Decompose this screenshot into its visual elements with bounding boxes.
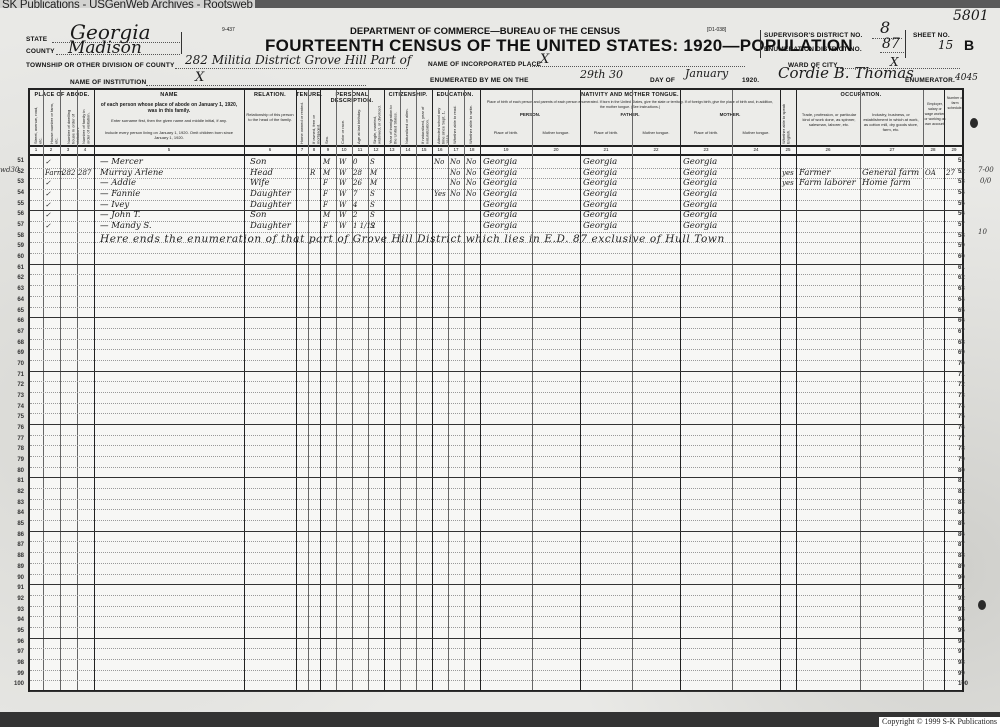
line-number-right: 76 [958, 425, 976, 431]
name-description-3: Include every person living on January 1… [100, 130, 238, 140]
table-row [30, 329, 962, 340]
person-place-of-birth: Place of birth. [480, 130, 532, 135]
table-row [30, 628, 962, 639]
subheader-citizenship: Naturalized or alien. [405, 102, 410, 144]
line-number-right: 73 [958, 393, 976, 399]
group-name: NAME [94, 92, 244, 98]
relation-description: Relationship of this person to the head … [246, 112, 294, 122]
line-number-left: 53 [6, 179, 24, 185]
line-number-left: 56 [6, 211, 24, 217]
table-row [30, 660, 962, 671]
cell-father-birth: Georgia [583, 200, 617, 210]
line-number-right: 58 [958, 233, 976, 239]
line-number-right: 84 [958, 510, 976, 516]
cell-read: No [450, 178, 460, 188]
cell-sex: F [323, 200, 328, 210]
line-number-left: 75 [6, 414, 24, 420]
ward-value: X [890, 55, 899, 69]
margin-note-left: wd30 [0, 166, 19, 174]
stamp-side: 4045 [955, 73, 978, 83]
line-number-right: 54 [958, 190, 976, 196]
table-row [30, 393, 962, 404]
group-nativity: NATIVITY AND MOTHER TONGUE. [480, 92, 780, 98]
cell-schedule: 27 [946, 168, 955, 178]
cell-birth: Georgia [483, 157, 517, 167]
line-number-right: 81 [958, 478, 976, 484]
cell-family: 287 [78, 168, 91, 178]
subheader-abode: Number of dwelling house in order of vis… [67, 102, 81, 144]
table-row [30, 318, 962, 329]
line-number-right: 52 [958, 169, 976, 175]
column-headers: PLACE OF ABODE. NAME of each person whos… [30, 90, 962, 147]
line-number-right: 80 [958, 468, 976, 474]
line-number-left: 74 [6, 404, 24, 410]
column-number: 21 [602, 147, 610, 152]
line-number-left: 54 [6, 190, 24, 196]
ward-label: WARD OF CITY [788, 62, 838, 69]
subheader-citizenship: If naturalized, year of naturalization. [421, 102, 430, 144]
line-number-left: 73 [6, 393, 24, 399]
cell-race: W [339, 168, 346, 178]
cell-street: Farm [45, 168, 64, 178]
cell-mother-birth: Georgia [683, 157, 717, 167]
ward-line [840, 68, 960, 69]
subheader-citizenship: Year of immigration to the United States… [389, 102, 398, 144]
cell-name: — Fannie [100, 189, 140, 199]
line-number-left: 64 [6, 297, 24, 303]
table-row [30, 265, 962, 276]
column-number: 24 [752, 147, 760, 152]
father-mother-tongue: Mother tongue. [632, 130, 680, 135]
binding-hole [970, 118, 978, 128]
table-row [30, 350, 962, 361]
cell-sex: M [323, 168, 330, 178]
column-number: 23 [702, 147, 710, 152]
line-number-left: 81 [6, 478, 24, 484]
cell-mother-birth: Georgia [683, 189, 717, 199]
line-number-right: 56 [958, 211, 976, 217]
line-number-left: 61 [6, 265, 24, 271]
table-row [30, 521, 962, 532]
column-number: 26 [824, 147, 832, 152]
column-number: 15 [420, 147, 428, 152]
incorporated-label: NAME OF INCORPORATED PLACE [428, 61, 541, 68]
cell-mother-birth: Georgia [683, 200, 717, 210]
sheet-value: 15 [938, 38, 953, 52]
stamp-top: 5801 [953, 8, 989, 24]
table-row [30, 446, 962, 457]
line-number-left: 51 [6, 158, 24, 164]
cell-birth: Georgia [483, 210, 517, 220]
cell-english: yes [782, 178, 794, 188]
cell-marital: S [370, 189, 375, 199]
cell-birth: Georgia [483, 189, 517, 199]
line-number-right: 83 [958, 500, 976, 506]
subheader-personal: Sex. [325, 102, 330, 144]
occupation-employer-header: Employer, salary or wage worker, or work… [924, 102, 946, 127]
column-number: 7 [298, 147, 306, 152]
table-row [30, 500, 962, 511]
cell-mother-birth: Georgia [683, 210, 717, 220]
column-number: 17 [452, 147, 460, 152]
subheader-education: Whether able to read. [453, 102, 458, 144]
column-number: 25 [784, 147, 792, 152]
table-row [30, 671, 962, 682]
cell-read: No [450, 189, 460, 199]
line-number-left: 66 [6, 318, 24, 324]
cell-marital: M [370, 178, 377, 188]
line-number-right: 85 [958, 521, 976, 527]
cell-marital: S [370, 210, 375, 220]
cell-birth: Georgia [483, 168, 517, 178]
table-row [30, 254, 962, 265]
column-number: 6 [266, 147, 274, 152]
line-number-left: 83 [6, 500, 24, 506]
column-number: 22 [652, 147, 660, 152]
line-number-left: 91 [6, 585, 24, 591]
cell-marital: M [370, 168, 377, 178]
county-value: Madison [68, 38, 142, 58]
enumeration-value: 87 [882, 36, 900, 52]
cell-industry: Home farm [862, 178, 911, 188]
cell-father-birth: Georgia [583, 168, 617, 178]
line-number-left: 90 [6, 575, 24, 581]
line-number-right: 78 [958, 446, 976, 452]
cell-school: No [434, 157, 444, 167]
cell-read: No [450, 168, 460, 178]
line-number-left: 96 [6, 639, 24, 645]
column-number: 2 [47, 147, 55, 152]
cell-age: 28 [353, 168, 362, 178]
line-number-left: 78 [6, 446, 24, 452]
cell-relation: Daughter [250, 200, 291, 210]
line-number-left: 100 [6, 681, 24, 687]
table-row [30, 510, 962, 521]
cell-street: ✓ [45, 178, 51, 188]
column-number: 10 [340, 147, 348, 152]
institution-value: X [195, 70, 204, 85]
year-label: 1920. [742, 77, 759, 84]
subheader-personal: Color or race. [341, 102, 346, 144]
form-number: 9-437 [222, 27, 235, 33]
sheet-letter: B [964, 37, 974, 53]
cell-birth: Georgia [483, 200, 517, 210]
line-number-left: 79 [6, 457, 24, 463]
line-number-right: 86 [958, 532, 976, 538]
line-number-right: 99 [958, 671, 976, 677]
table-row [30, 542, 962, 553]
cell-relation: Wife [250, 178, 269, 188]
column-numbers: 1234567891011121314151617181920212223242… [30, 147, 962, 156]
line-number-right: 88 [958, 553, 976, 559]
table-row [30, 585, 962, 596]
line-number-right: 90 [958, 575, 976, 581]
table-row [30, 681, 962, 692]
table-row [30, 275, 962, 286]
mother-mother-tongue: Mother tongue. [732, 130, 780, 135]
column-number: 12 [372, 147, 380, 152]
cell-name: — Mandy S. [100, 221, 152, 231]
line-number-right: 93 [958, 607, 976, 613]
column-number: 16 [436, 147, 444, 152]
cell-write: No [466, 157, 476, 167]
line-number-left: 93 [6, 607, 24, 613]
cell-father-birth: Georgia [583, 221, 617, 231]
table-row [30, 414, 962, 425]
line-number-right: 74 [958, 404, 976, 410]
subheader-education: Whether able to write. [469, 102, 474, 144]
cell-street: ✓ [45, 210, 51, 220]
table-row [30, 425, 962, 436]
census-page: SK Publications - USGenWeb Archives - Ro… [0, 0, 1000, 712]
cell-sex: F [323, 189, 328, 199]
township-label: TOWNSHIP OR OTHER DIVISION OF COUNTY [26, 62, 175, 69]
column-number: 19 [502, 147, 510, 152]
cell-relation: Daughter [250, 189, 291, 199]
cell-father-birth: Georgia [583, 178, 617, 188]
enumerated-day: 29th 30 [580, 68, 623, 81]
group-place-of-abode: PLACE OF ABODE. [30, 92, 94, 98]
column-number: 20 [552, 147, 560, 152]
line-number-left: 58 [6, 233, 24, 239]
english-header: Whether able to speak English. [782, 96, 791, 144]
cell-sex: F [323, 178, 328, 188]
cell-street: ✓ [45, 189, 51, 199]
column-number: 1 [32, 147, 40, 152]
mother-place-of-birth: Place of birth. [680, 130, 732, 135]
cell-read: No [450, 157, 460, 167]
binding-hole [978, 600, 986, 610]
cell-marital: S [370, 221, 375, 231]
name-description: of each person whose place of abode on J… [98, 102, 240, 114]
form-code: [D1-038] [707, 27, 726, 33]
table-row [30, 468, 962, 479]
line-number-left: 84 [6, 510, 24, 516]
subheader-abode: House number or farm, etc. [50, 102, 59, 144]
cell-race: W [339, 210, 346, 220]
bracket [181, 32, 182, 54]
cell-mother-birth: Georgia [683, 221, 717, 231]
line-number-left: 98 [6, 660, 24, 666]
table-row [30, 489, 962, 500]
line-number-right: 61 [958, 265, 976, 271]
county-label: COUNTY [26, 48, 55, 55]
table-row [30, 639, 962, 650]
table-row [30, 340, 962, 351]
column-number: 11 [356, 147, 364, 152]
line-number-right: 92 [958, 596, 976, 602]
cell-race: W [339, 189, 346, 199]
person-mother-tongue: Mother tongue. [532, 130, 580, 135]
line-number-right: 82 [958, 489, 976, 495]
cell-name: Murray Arlene [100, 168, 163, 178]
line-number-right: 97 [958, 649, 976, 655]
site-title: SK Publications - USGenWeb Archives - Ro… [0, 0, 255, 11]
table-row [30, 372, 962, 383]
cell-write: No [466, 178, 476, 188]
cell-english: yes [782, 168, 794, 178]
line-number-right: 75 [958, 414, 976, 420]
line-number-left: 62 [6, 275, 24, 281]
group-citizenship: CITIZENSHIP. [384, 92, 432, 98]
line-number-left: 85 [6, 521, 24, 527]
cell-employer: OA [925, 168, 936, 178]
cell-marital: S [370, 200, 375, 210]
enumerator-label: ENUMERATOR. [905, 77, 955, 84]
cell-sex: M [323, 210, 330, 220]
column-number: 13 [388, 147, 396, 152]
line-number-left: 95 [6, 628, 24, 634]
line-number-left: 76 [6, 425, 24, 431]
subheader-abode: Street, avenue, road, etc. [34, 102, 43, 144]
father-place-of-birth: Place of birth. [580, 130, 632, 135]
column-number: 29 [950, 147, 958, 152]
cell-mother-birth: Georgia [683, 178, 717, 188]
cell-age: 2 [353, 210, 357, 220]
cell-name: — Mercer [100, 157, 143, 167]
enumeration-label: ENUMERATION DISTRICT NO. [764, 46, 862, 53]
farm-schedule-header: Number of farm schedule. [946, 96, 964, 111]
incorporated-value: X [540, 52, 549, 67]
cell-school: Yes [434, 189, 446, 199]
cell-write: No [466, 189, 476, 199]
cell-sex: M [323, 157, 330, 167]
cell-relation: Son [250, 210, 266, 220]
day-of-label: DAY OF [650, 77, 675, 84]
line-number-right: 79 [958, 457, 976, 463]
margin-note-right-53: 0/0 [980, 177, 991, 185]
line-number-right: 70 [958, 361, 976, 367]
line-number-right: 64 [958, 297, 976, 303]
line-number-right: 94 [958, 617, 976, 623]
line-number-right: 62 [958, 275, 976, 281]
table-row [30, 553, 962, 564]
line-number-left: 77 [6, 436, 24, 442]
cell-trade: Farm laborer [799, 178, 856, 188]
line-number-left: 86 [6, 532, 24, 538]
line-number-right: 51 [958, 158, 976, 164]
cell-relation: Daughter [250, 221, 291, 231]
line-number-left: 69 [6, 350, 24, 356]
line-number-left: 67 [6, 329, 24, 335]
column-number: 18 [468, 147, 476, 152]
state-label: STATE [26, 36, 47, 43]
name-description-2: Enter surname first, then the given name… [100, 118, 238, 123]
table-row [30, 649, 962, 660]
table-row [30, 617, 962, 628]
occupation-trade-header: Trade, profession, or particular kind of… [800, 112, 858, 127]
cell-marital: S [370, 157, 375, 167]
line-number-right: 100 [958, 681, 976, 687]
supervisor-label: SUPERVISOR'S DISTRICT NO. [764, 32, 863, 39]
line-number-left: 88 [6, 553, 24, 559]
cell-age: 26 [353, 178, 362, 188]
line-number-right: 67 [958, 329, 976, 335]
copyright-notice: Copyright © 1999 S-K Publications [879, 717, 1000, 727]
cell-sex: F [323, 221, 328, 231]
margin-note-right-52: 7-00 [978, 166, 994, 174]
cell-race: W [339, 221, 346, 231]
cell-name: — Addie [100, 178, 136, 188]
subheader-personal: Single, married, widowed, or divorced. [373, 102, 382, 144]
column-number: 4 [81, 147, 89, 152]
line-number-left: 89 [6, 564, 24, 570]
line-number-left: 80 [6, 468, 24, 474]
line-number-right: 87 [958, 542, 976, 548]
cell-name: — John T. [100, 210, 141, 220]
line-number-right: 60 [958, 254, 976, 260]
table-row [30, 575, 962, 586]
cell-dwelling: 282 [62, 168, 75, 178]
line-number-left: 97 [6, 649, 24, 655]
line-number-right: 65 [958, 308, 976, 314]
cell-age: 4 [353, 200, 357, 210]
cell-birth: Georgia [483, 178, 517, 188]
census-table: PLACE OF ABODE. NAME of each person whos… [28, 88, 964, 692]
table-row [30, 297, 962, 308]
sheet-bracket [905, 30, 906, 58]
mother-header: MOTHER. [680, 112, 780, 117]
cell-name: — Ivey [100, 200, 129, 210]
cell-industry: General farm [862, 168, 919, 178]
father-header: FATHER. [580, 112, 680, 117]
margin-note-right-58: 10 [978, 228, 987, 236]
cell-age: 0 [353, 157, 357, 167]
table-row [30, 382, 962, 393]
cell-write: No [466, 168, 476, 178]
column-number: 9 [324, 147, 332, 152]
line-number-left: 70 [6, 361, 24, 367]
cell-relation: Head [250, 168, 273, 178]
cell-street: ✓ [45, 200, 51, 210]
line-number-right: 96 [958, 639, 976, 645]
line-number-left: 55 [6, 201, 24, 207]
institution-label: NAME OF INSTITUTION [70, 79, 146, 86]
column-number: 27 [888, 147, 896, 152]
cell-race: W [339, 200, 346, 210]
cell-trade: Farmer [799, 168, 831, 178]
subheader-personal: Age at last birthday. [357, 102, 362, 144]
line-number-right: 68 [958, 340, 976, 346]
subheader-tenure: Home owned or rented. [300, 102, 305, 144]
column-number: 14 [404, 147, 412, 152]
cell-father-birth: Georgia [583, 157, 617, 167]
line-number-right: 95 [958, 628, 976, 634]
line-number-left: 99 [6, 671, 24, 677]
table-row [30, 436, 962, 447]
line-number-left: 59 [6, 243, 24, 249]
table-row [30, 478, 962, 489]
district-bracket [760, 30, 761, 58]
line-number-left: 57 [6, 222, 24, 228]
line-number-left: 82 [6, 489, 24, 495]
column-number: 3 [64, 147, 72, 152]
line-number-right: 55 [958, 201, 976, 207]
supervisor-value: 8 [880, 18, 890, 37]
line-number-right: 69 [958, 350, 976, 356]
township-line [175, 68, 407, 69]
line-number-left: 60 [6, 254, 24, 260]
line-number-left: 72 [6, 382, 24, 388]
table-row [30, 457, 962, 468]
cell-street: ✓ [45, 221, 51, 231]
cell-owned: R [310, 168, 315, 178]
cell-relation: Son [250, 157, 266, 167]
person-header: PERSON. [480, 112, 580, 117]
line-number-right: 77 [958, 436, 976, 442]
line-number-right: 89 [958, 564, 976, 570]
line-number-right: 59 [958, 243, 976, 249]
